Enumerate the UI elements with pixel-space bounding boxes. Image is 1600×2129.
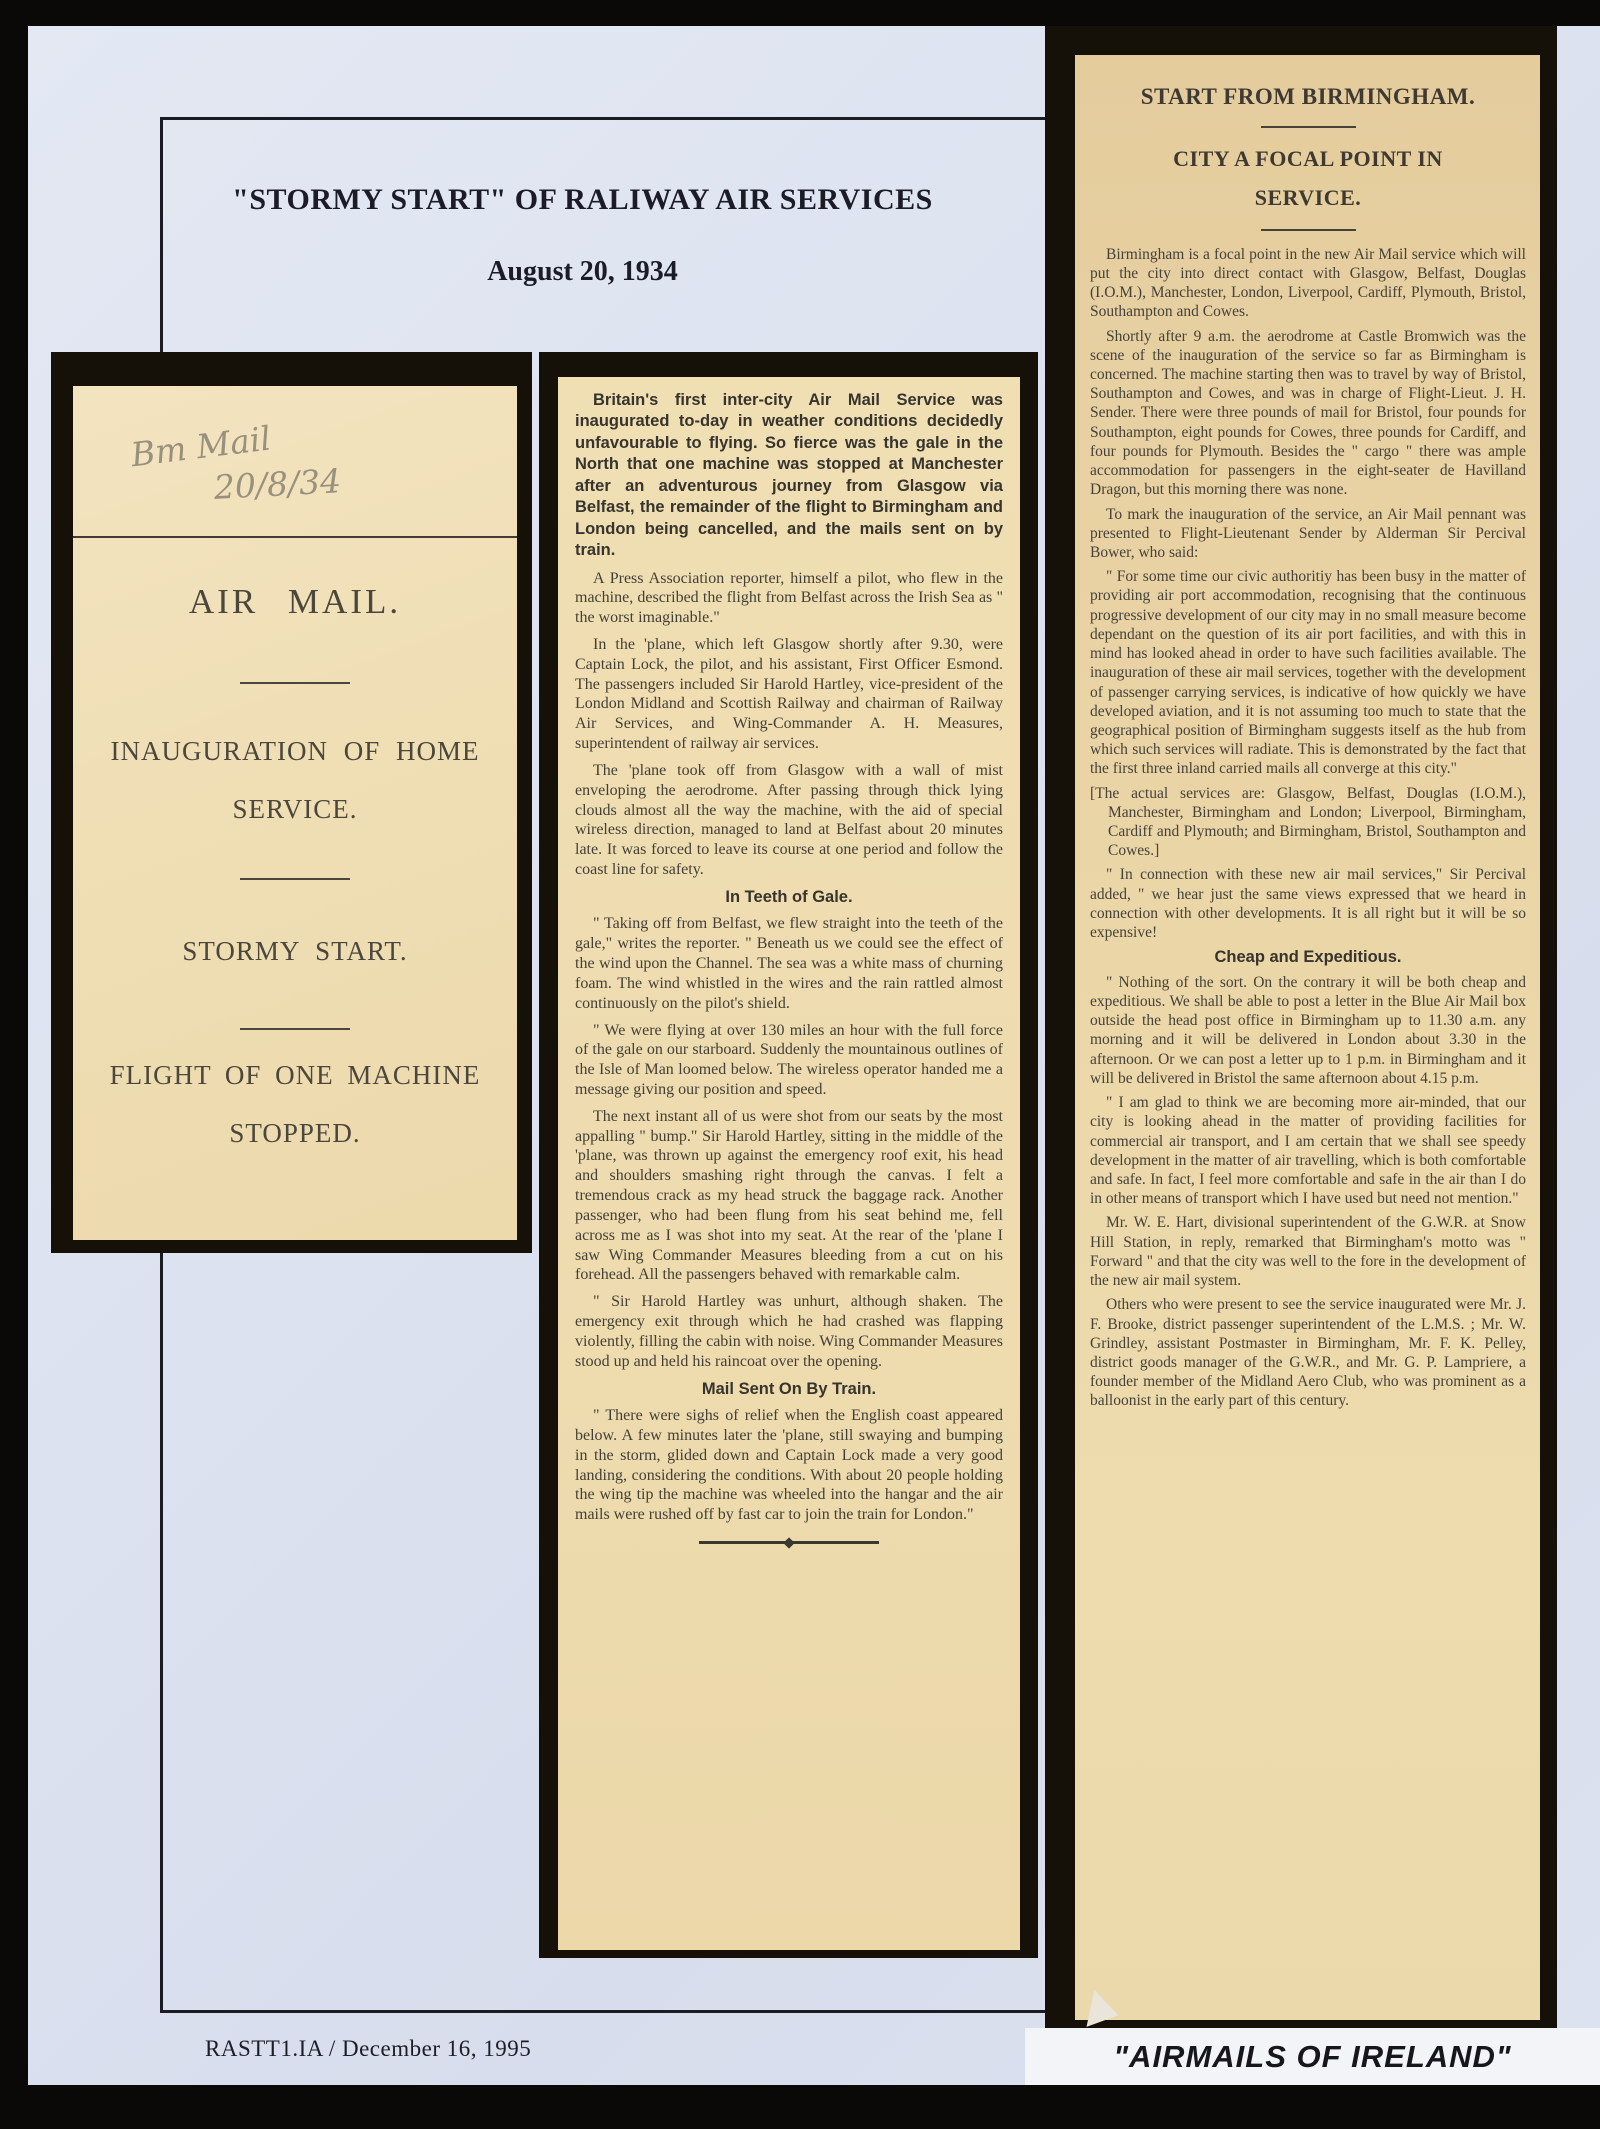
paragraph: " We were flying at over 130 miles an ho… <box>575 1021 1003 1100</box>
divider-rule <box>1261 229 1356 231</box>
middle-clipping: Britain's first inter-city Air Mail Serv… <box>558 377 1020 1950</box>
paragraph: " Sir Harold Hartley was unhurt, althoug… <box>575 1292 1003 1371</box>
pencil-annotation: Bm Mail 20/8/34 <box>128 394 438 529</box>
paragraph: " In connection with these new air mail … <box>1090 865 1526 942</box>
footer-reference: RASTT1.IA / December 16, 1995 <box>205 2036 531 2062</box>
right-headline-service: SERVICE. <box>1090 181 1526 215</box>
right-clipping-column: START FROM BIRMINGHAM. CITY A FOCAL POIN… <box>1090 83 1526 1416</box>
subhead-cheap-and-expeditious: Cheap and Expeditious. <box>1090 947 1526 967</box>
paragraph-bracketed-services: [The actual services are: Glasgow, Belfa… <box>1090 784 1526 861</box>
paragraph: " I am glad to think we are becoming mor… <box>1090 1093 1526 1208</box>
right-headline-start-from-birmingham: START FROM BIRMINGHAM. <box>1090 83 1526 112</box>
left-headline-stopped: STOPPED. <box>73 1118 517 1149</box>
left-headline-flight: FLIGHT OF ONE MACHINE <box>73 1060 517 1091</box>
left-headline-air-mail: AIR MAIL. <box>73 582 517 622</box>
divider-rule <box>240 1028 350 1030</box>
paragraph: To mark the inauguration of the service,… <box>1090 505 1526 563</box>
paragraph: " For some time our civic authoritiy has… <box>1090 567 1526 778</box>
left-headline-service: SERVICE. <box>73 794 517 825</box>
paragraph: " Nothing of the sort. On the contrary i… <box>1090 973 1526 1088</box>
divider-rule <box>240 682 350 684</box>
paragraph: Others who were present to see the servi… <box>1090 1295 1526 1410</box>
page-title: "STORMY START" OF RALIWAY AIR SERVICES <box>160 183 1005 217</box>
left-clipping: Bm Mail 20/8/34 AIR MAIL. INAUGURATION O… <box>73 386 517 1240</box>
diamond-ornament <box>783 1537 794 1548</box>
right-headline-city-focal-point: CITY A FOCAL POINT IN <box>1090 142 1526 176</box>
footer-band: "AIRMAILS OF IRELAND" <box>1025 2028 1600 2085</box>
footer-collection-title: "AIRMAILS OF IRELAND" <box>1113 2039 1511 2075</box>
left-headline-stormy-start: STORMY START. <box>73 936 517 967</box>
paragraph: In the 'plane, which left Glasgow shortl… <box>575 635 1003 754</box>
paragraph: Birmingham is a focal point in the new A… <box>1090 245 1526 322</box>
paragraph: " Taking off from Belfast, we flew strai… <box>575 914 1003 1013</box>
paragraph: " There were sighs of relief when the En… <box>575 1406 1003 1525</box>
end-rule <box>699 1541 879 1544</box>
paragraph: Mr. W. E. Hart, divisional superintenden… <box>1090 1213 1526 1290</box>
divider-rule <box>73 536 517 538</box>
right-clipping: START FROM BIRMINGHAM. CITY A FOCAL POIN… <box>1075 55 1540 2020</box>
paragraph: Shortly after 9 a.m. the aerodrome at Ca… <box>1090 327 1526 500</box>
divider-rule <box>1261 126 1356 128</box>
middle-clipping-column: Britain's first inter-city Air Mail Serv… <box>575 390 1003 1544</box>
subhead-mail-sent-on-by-train: Mail Sent On By Train. <box>575 1379 1003 1399</box>
page-date: August 20, 1934 <box>160 256 1005 288</box>
left-headline-inauguration: INAUGURATION OF HOME <box>73 736 517 767</box>
paragraph: The 'plane took off from Glasgow with a … <box>575 761 1003 880</box>
paragraph: The next instant all of us were shot fro… <box>575 1107 1003 1285</box>
paragraph: A Press Association reporter, himself a … <box>575 569 1003 628</box>
subhead-in-teeth-of-gale: In Teeth of Gale. <box>575 887 1003 907</box>
divider-rule <box>240 878 350 880</box>
lead-paragraph: Britain's first inter-city Air Mail Serv… <box>575 390 1003 562</box>
